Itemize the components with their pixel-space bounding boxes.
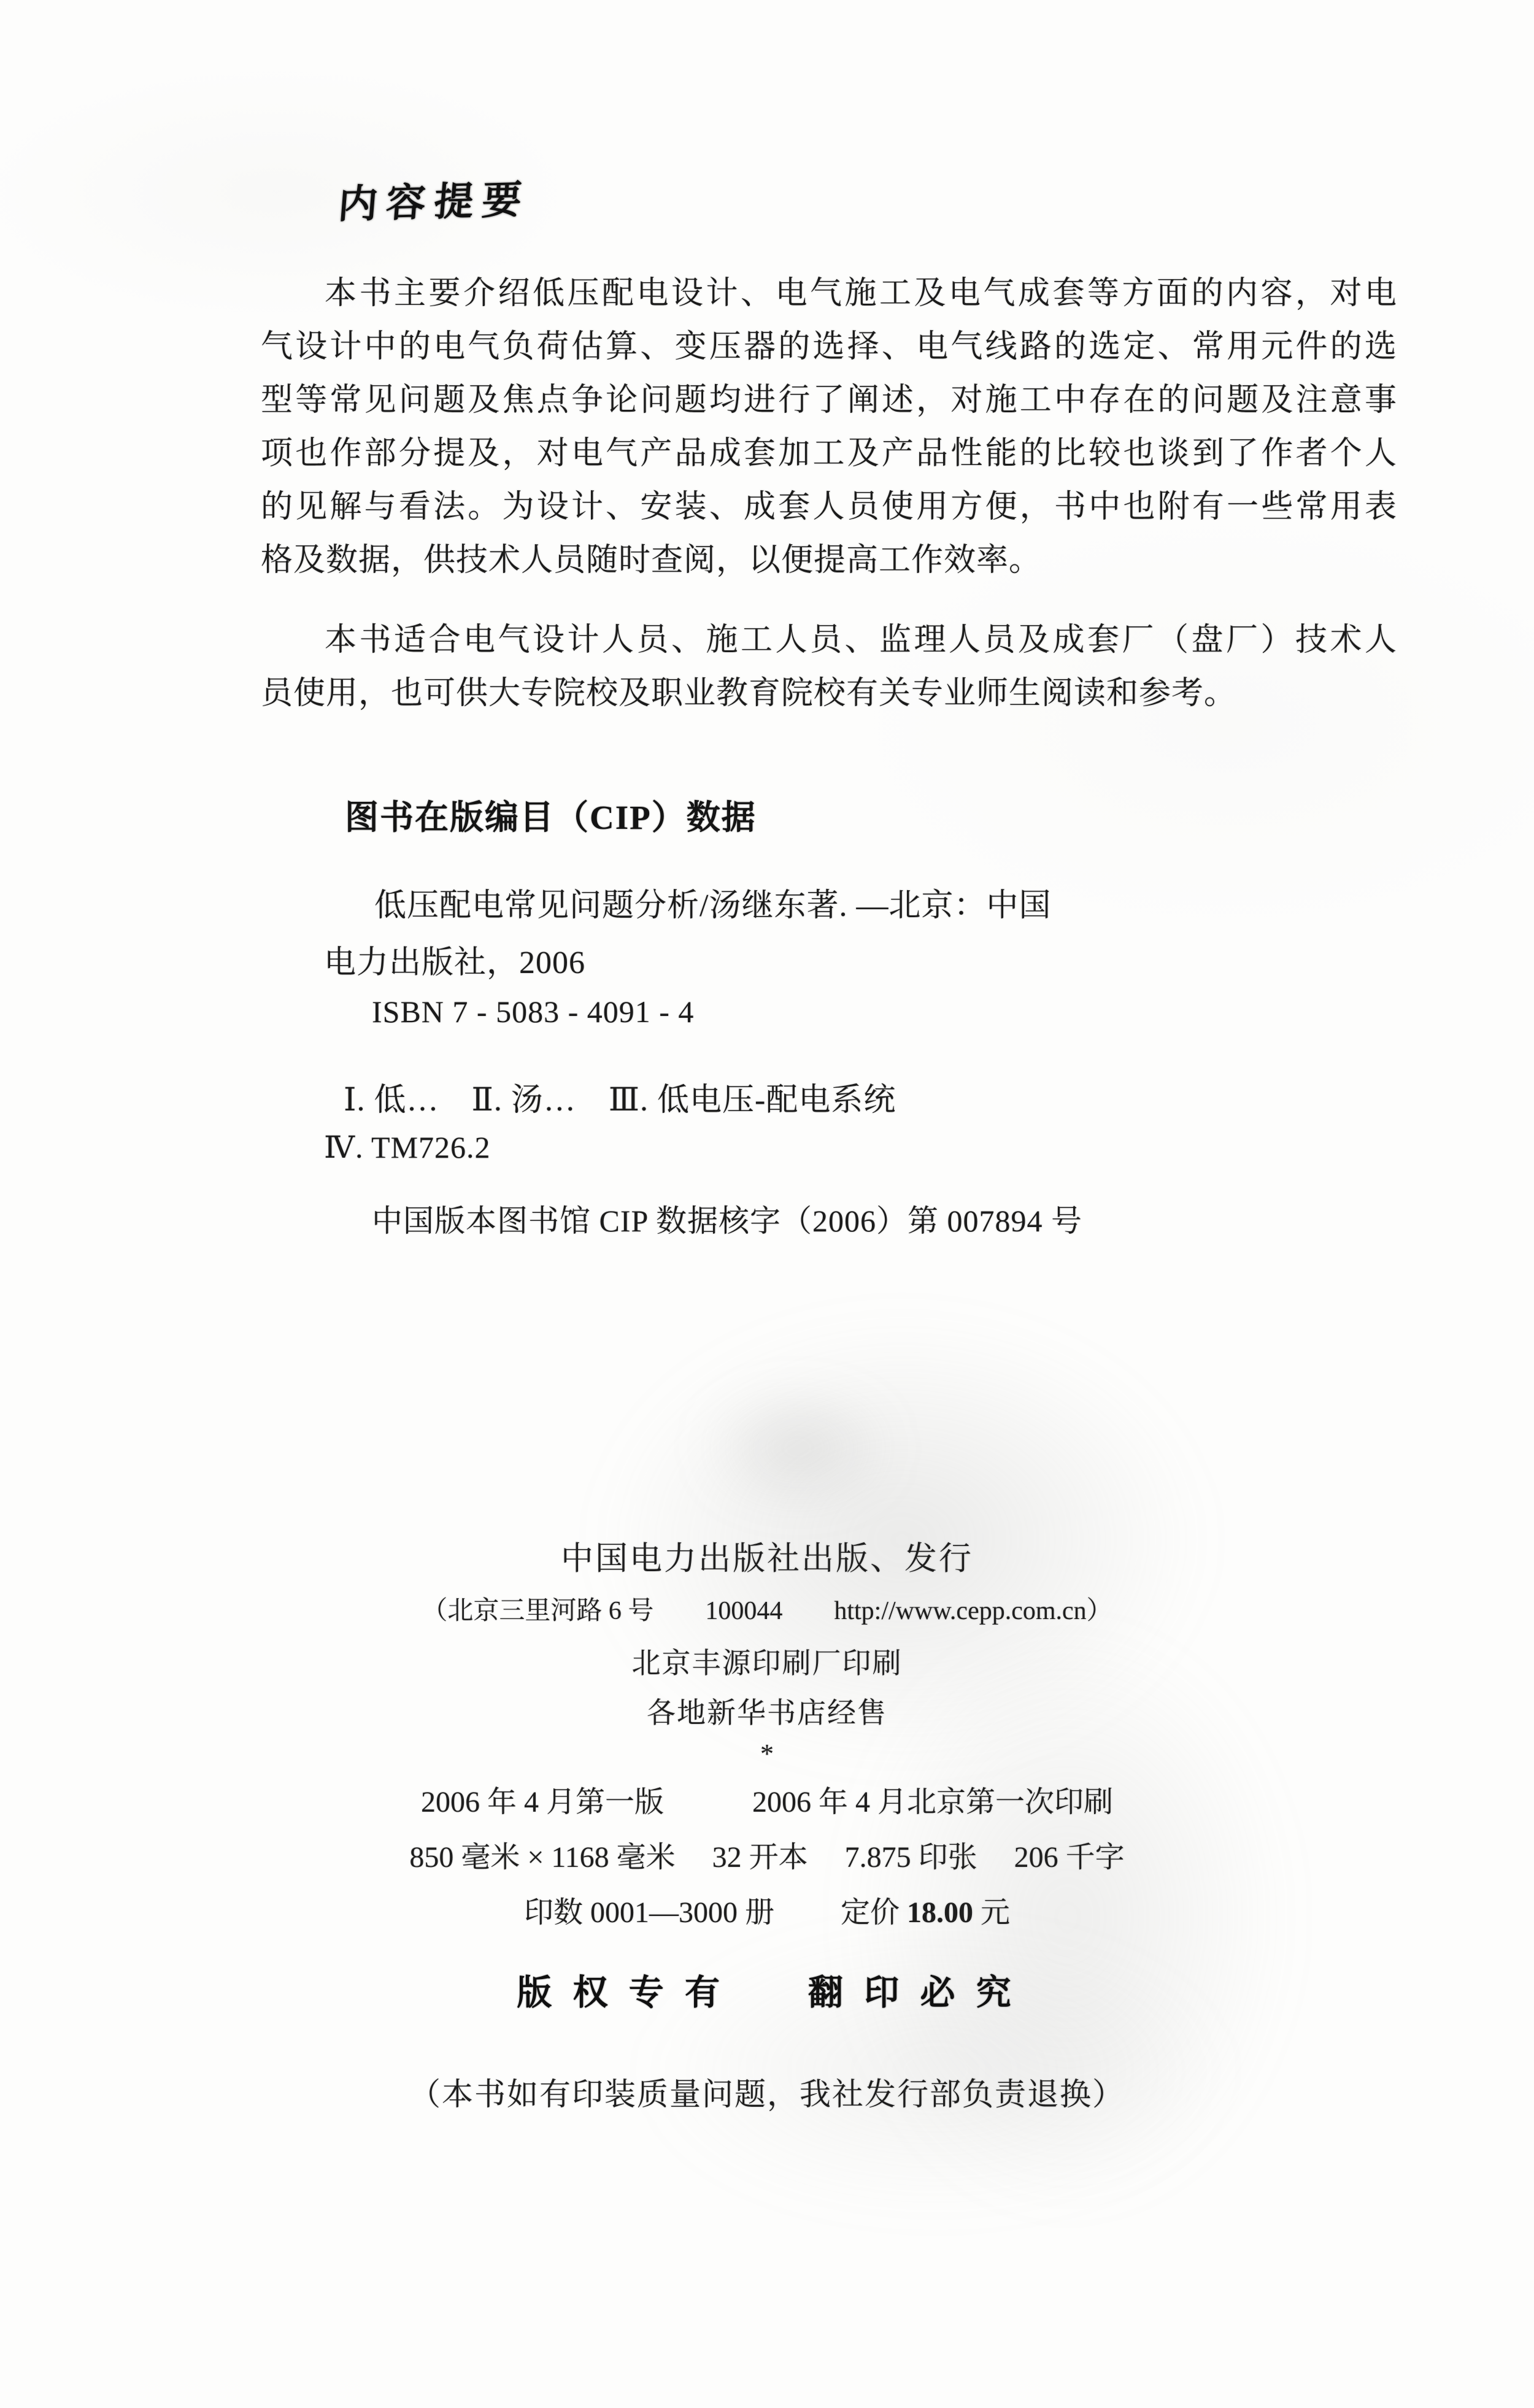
print-run-text: 印数 0001—3000 册 定价 bbox=[524, 1896, 907, 1929]
abstract-line: 本书适合电气设计人员、施工人员、监理人员及成套厂（盘厂）技术人 bbox=[261, 614, 1397, 667]
abstract-line: 项也作部分提及，对电气产品成套加工及产品性能的比较也谈到了作者个人 bbox=[261, 427, 1397, 480]
abstract-line: 格及数据，供技术人员随时查阅，以便提高工作效率。 bbox=[261, 534, 1397, 587]
section-heading-abstract: 内容提要 bbox=[336, 168, 533, 229]
print-run-line: 印数 0001—3000 册 定价 18.00 元 bbox=[0, 1888, 1534, 1931]
abstract-paragraph-1: 本书主要介绍低压配电设计、电气施工及电气成套等方面的内容，对电 气设计中的电气负… bbox=[261, 267, 1397, 587]
publisher-address: （北京三里河路 6 号 100044 http://www.cepp.com.c… bbox=[0, 1590, 1534, 1627]
distributor-line: 各地新华书店经售 bbox=[0, 1690, 1534, 1731]
star-separator: * bbox=[0, 1738, 1534, 1769]
edition-line: 2006 年 4 月第一版 2006 年 4 月北京第一次印刷 bbox=[0, 1778, 1534, 1820]
price-value: 18.00 bbox=[907, 1896, 973, 1929]
publisher-line: 中国电力出版社出版、发行 bbox=[0, 1533, 1534, 1579]
abstract-line: 的见解与看法。为设计、安装、成套人员使用方便，书中也附有一些常用表 bbox=[261, 480, 1397, 534]
quality-return-note: （本书如有印装质量问题，我社发行部负责退换） bbox=[0, 2069, 1534, 2114]
scan-smudge bbox=[706, 1399, 890, 1497]
abstract-line: 本书主要介绍低压配电设计、电气施工及电气成套等方面的内容，对电 bbox=[261, 267, 1397, 320]
printer-line: 北京丰源印刷厂印刷 bbox=[0, 1641, 1534, 1682]
abstract-paragraph-2: 本书适合电气设计人员、施工人员、监理人员及成套厂（盘厂）技术人 员使用，也可供大… bbox=[261, 614, 1397, 720]
format-line: 850 毫米 × 1168 毫米 32 开本 7.875 印张 206 千字 bbox=[0, 1833, 1534, 1875]
cip-title-line2: 电力出版社，2006 bbox=[324, 936, 585, 982]
abstract-line: 员使用，也可供大专院校及职业教育院校有关专业师生阅读和参考。 bbox=[261, 667, 1397, 720]
cip-classification: Ⅰ. 低… Ⅱ. 汤… Ⅲ. 低电压-配电系统 bbox=[344, 1074, 896, 1120]
cip-class-number: Ⅳ. TM726.2 bbox=[324, 1129, 491, 1165]
cip-record-number: 中国版本图书馆 CIP 数据核字（2006）第 007894 号 bbox=[372, 1196, 1082, 1241]
cip-title-line1: 低压配电常见问题分析/汤继东著. —北京：中国 bbox=[374, 879, 1051, 925]
isbn-number: ISBN 7 - 5083 - 4091 - 4 bbox=[372, 994, 694, 1029]
book-copyright-page: 内容提要 本书主要介绍低压配电设计、电气施工及电气成套等方面的内容，对电 气设计… bbox=[0, 0, 1534, 2408]
cip-heading: 图书在版编目（CIP）数据 bbox=[345, 790, 757, 839]
abstract-line: 气设计中的电气负荷估算、变压器的选择、电气线路的选定、常用元件的选 bbox=[261, 320, 1397, 374]
price-unit: 元 bbox=[973, 1896, 1010, 1929]
copyright-notice: 版 权 专 有 翻 印 必 究 bbox=[0, 1964, 1534, 2015]
abstract-line: 型等常见问题及焦点争论问题均进行了阐述，对施工中存在的问题及注意事 bbox=[261, 374, 1397, 427]
